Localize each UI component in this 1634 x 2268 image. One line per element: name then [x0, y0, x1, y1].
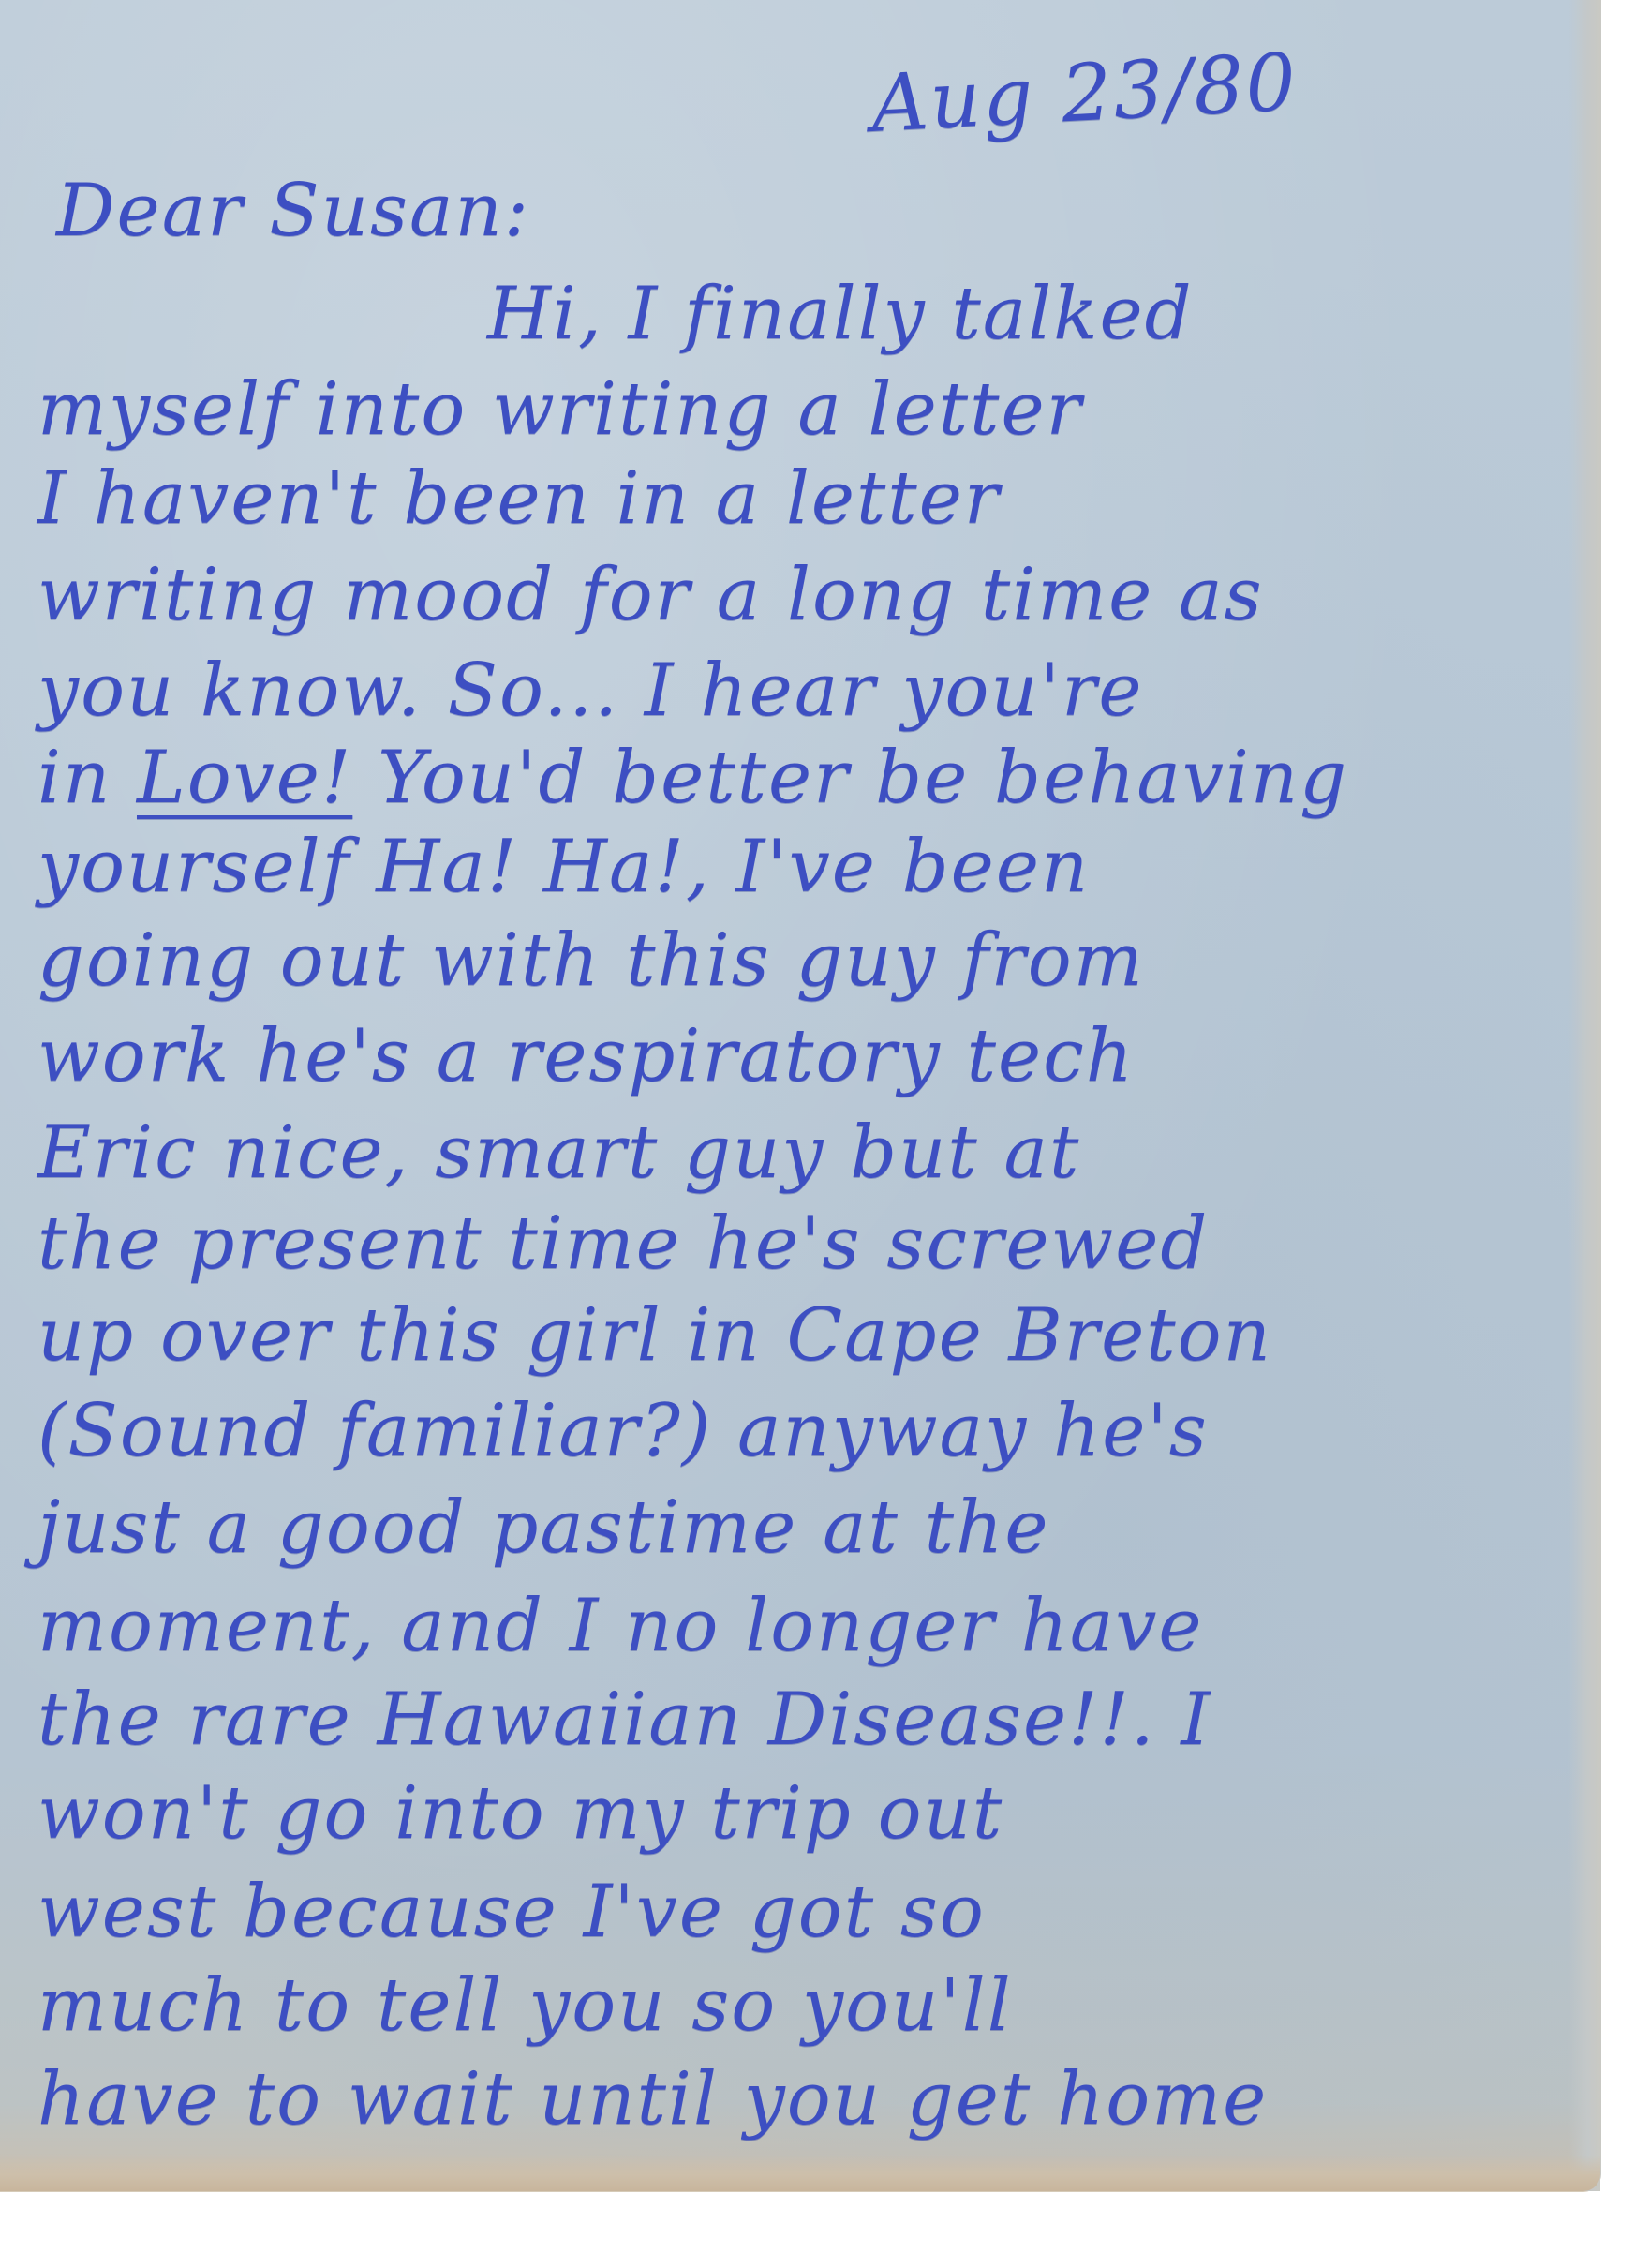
letter-line-18: west because I've got so	[37, 1870, 986, 1954]
letter-line-2: myself into writing a letter	[37, 367, 1083, 452]
letter-line-10: Eric nice, smart guy but at	[37, 1111, 1080, 1195]
letter-line-4: writing mood for a long time as	[37, 553, 1264, 637]
letter-line-16: the rare Hawaiian Disease!!. I	[37, 1678, 1211, 1762]
letter-line-7: yourself Ha! Ha!, I've been	[37, 825, 1090, 909]
letter-line-6: in Love! You'd better be behaving	[37, 736, 1348, 820]
letter-salutation: Dear Susan:	[56, 169, 530, 253]
letter-date: Aug 23/80	[869, 36, 1300, 150]
letter-line-14: just a good pastime at the	[37, 1485, 1050, 1570]
letter-line-20: have to wait until you get home	[37, 2057, 1268, 2141]
letter-line-15: moment, and I no longer have	[37, 1584, 1204, 1668]
underlined-love: Love!	[137, 736, 352, 820]
letter-line-6-suffix: You'd better be behaving	[352, 736, 1348, 820]
letter-line-19: much to tell you so you'll	[37, 1963, 1013, 2048]
letter-line-17: won't go into my trip out	[37, 1771, 1003, 1856]
letter-line-6-prefix: in	[37, 736, 137, 820]
letter-paper: Aug 23/80 Dear Susan: Hi, I finally talk…	[0, 0, 1600, 2191]
letter-line-11: the present time he's screwed	[37, 1201, 1209, 1286]
letter-line-9: work he's a respiratory tech	[37, 1014, 1135, 1098]
letter-line-8: going out with this guy from	[37, 918, 1145, 1003]
paper-edge-bottom-stain	[0, 2156, 1600, 2191]
letter-line-13: (Sound familiar?) anyway he's	[37, 1389, 1209, 1473]
paper-edge-right	[1568, 0, 1600, 2191]
letter-line-1: Hi, I finally talked	[487, 272, 1194, 356]
letter-line-12: up over this girl in Cape Breton	[37, 1293, 1272, 1378]
letter-line-5: you know. So... I hear you're	[37, 649, 1144, 733]
letter-line-3: I haven't been in a letter	[37, 456, 1001, 541]
